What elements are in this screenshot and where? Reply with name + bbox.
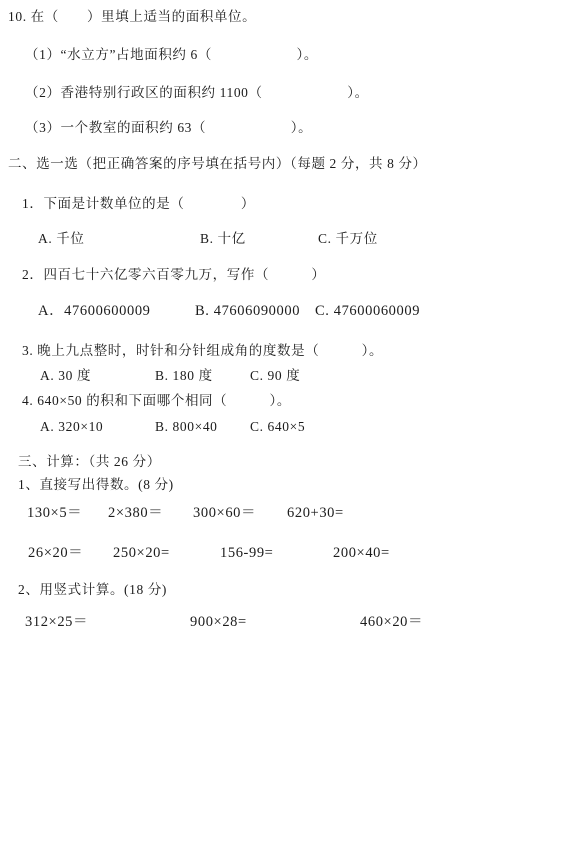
section-3-title: 三、计算：（共 26 分） — [18, 453, 161, 471]
section-2-title: 二、选一选（把正确答案的序号填在括号内）（每题 2 分，共 8 分） — [8, 155, 427, 173]
choice-q4-option-c: C. 640×5 — [250, 418, 305, 436]
calc-expression-900x28: 900×28= — [190, 613, 247, 631]
question-10-title: 10. 在（ ）里填上适当的面积单位。 — [8, 8, 256, 26]
choice-q1-option-a: A. 千位 — [38, 230, 85, 248]
choice-q4-option-a: A. 320×10 — [40, 418, 103, 436]
calc-expression-250x20: 250×20= — [113, 544, 170, 562]
calc-expression-26x20: 26×20＝ — [28, 544, 83, 562]
question-10-item-1: （1）“水立方”占地面积约 6（ ）。 — [25, 46, 318, 64]
choice-q3-option-c: C. 90 度 — [250, 367, 300, 385]
calc-expression-620plus30: 620+30= — [287, 504, 344, 522]
question-10-item-2: （2）香港特别行政区的面积约 1100（ ）。 — [25, 84, 369, 102]
choice-q3-option-b: B. 180 度 — [155, 367, 213, 385]
calc-expression-2x380: 2×380＝ — [108, 504, 163, 522]
choice-q2-option-b: B. 47606090000 — [195, 302, 300, 320]
calc-expression-460x20: 460×20＝ — [360, 613, 423, 631]
calc-expression-200x40: 200×40= — [333, 544, 390, 562]
exam-paper: 10. 在（ ）里填上适当的面积单位。 （1）“水立方”占地面积约 6（ ）。 … — [0, 0, 575, 850]
calc-expression-130x5: 130×5＝ — [27, 504, 82, 522]
calc-expression-312x25: 312×25＝ — [25, 613, 88, 631]
calc-expression-300x60: 300×60＝ — [193, 504, 256, 522]
calc-expression-156minus99: 156-99= — [220, 544, 273, 562]
choice-q4-option-b: B. 800×40 — [155, 418, 218, 436]
choice-q3-option-a: A. 30 度 — [40, 367, 91, 385]
choice-q2-option-a: A．47600600009 — [38, 302, 151, 320]
question-10-item-3: （3）一个教室的面积约 63（ ）。 — [25, 119, 312, 137]
choice-q2-stem: 2．四百七十六亿零六百零九万，写作（ ） — [22, 266, 325, 284]
choice-q1-stem: 1．下面是计数单位的是（ ） — [22, 195, 255, 213]
choice-q3-stem: 3. 晚上九点整时，时针和分针组成角的度数是（ ）。 — [22, 342, 383, 360]
choice-q2-option-c: C. 47600060009 — [315, 302, 420, 320]
choice-q1-option-b: B. 十亿 — [200, 230, 246, 248]
choice-q1-option-c: C. 千万位 — [318, 230, 378, 248]
mental-calc-title: 1、直接写出得数。(8 分) — [18, 476, 174, 494]
choice-q4-stem: 4. 640×50 的积和下面哪个相同（ ）。 — [22, 392, 291, 410]
vertical-calc-title: 2、用竖式计算。(18 分) — [18, 581, 167, 599]
